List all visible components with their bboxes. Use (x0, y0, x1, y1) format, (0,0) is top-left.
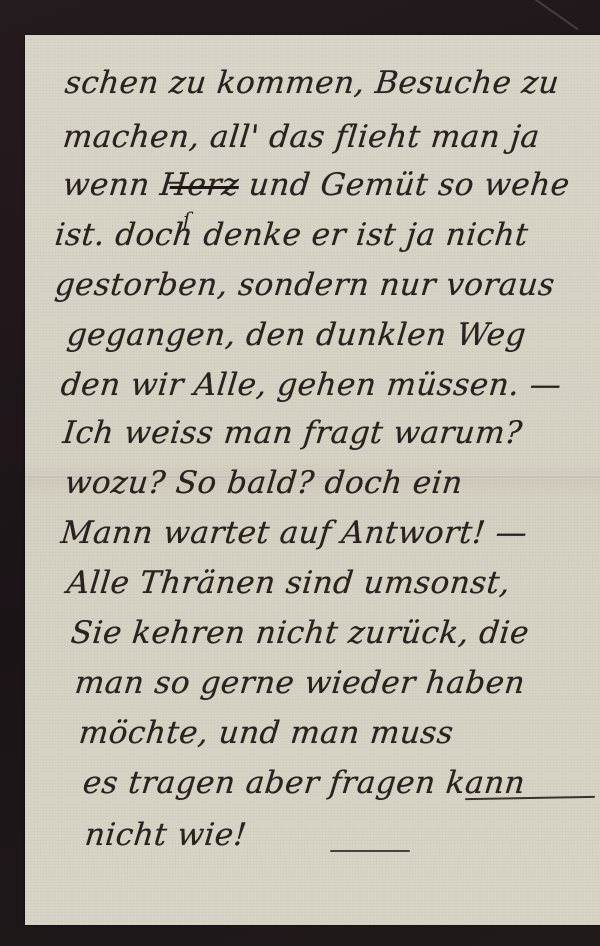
letter-line-9: wozu? So bald? doch ein (63, 463, 587, 503)
letter-line-7: den wir Alle, gehen müssen. — (59, 365, 583, 405)
letter-line-6: gegangen, den dunklen Weg (65, 315, 589, 355)
struck-out-word: Herz (158, 165, 241, 205)
letter-line-4: ist. doch denke er ist ja nicht (53, 215, 577, 255)
letter-line-15: es tragen aber fragen kann (81, 763, 600, 803)
letter-line-16: nicht wie! (83, 815, 600, 855)
letter-line-11: Alle Thränen sind umsonst, (65, 563, 589, 603)
letter-line-14: möchte, und man muss (77, 713, 600, 753)
letter-line-1: schen zu kommen, Besuche zu (63, 63, 587, 103)
letter-line-5: gestorben, sondern nur voraus (53, 265, 577, 305)
letter-line-10: Mann wartet auf Antwort! — (59, 513, 583, 553)
letter-line-12: Sie kehren nicht zurück, die (69, 613, 593, 653)
closing-dash (330, 850, 410, 852)
letter-line-2: machen, all' das flieht man ja (61, 117, 585, 157)
letter-line-3-end: und Gemüt so wehe (247, 167, 571, 203)
letter-line-8: Ich weiss man fragt warum? (61, 413, 585, 453)
letter-line-13: man so gerne wieder haben (73, 663, 597, 703)
letter-page: schen zu kommen, Besuche zu machen, all'… (25, 35, 600, 925)
handwritten-text: schen zu kommen, Besuche zu machen, all'… (25, 35, 600, 925)
letter-line-3: wenn Herz und Gemüt so wehe (61, 165, 585, 205)
letter-line-3-start: wenn (61, 167, 152, 203)
